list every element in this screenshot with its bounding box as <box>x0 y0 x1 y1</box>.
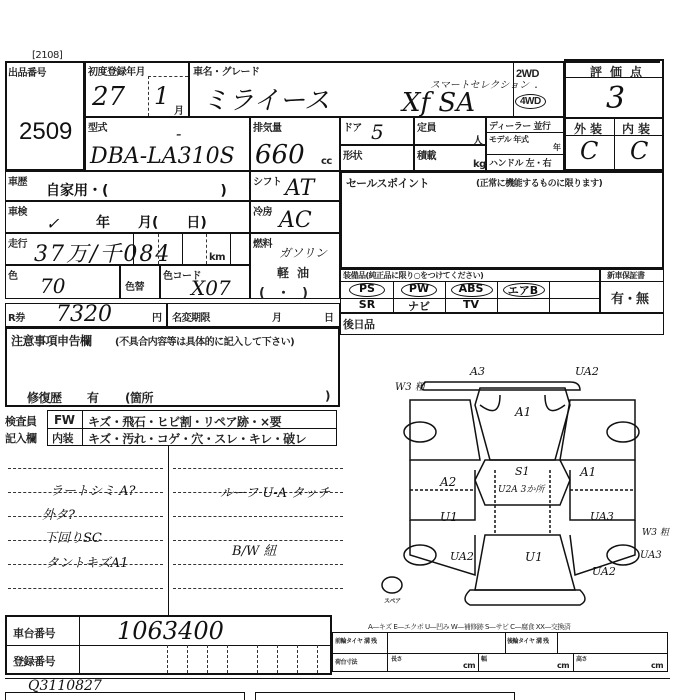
length-unit: cm <box>463 661 475 670</box>
mark-w3-right: W3 粗 <box>642 525 669 538</box>
mark-ua2-top: UA2 <box>575 365 599 378</box>
load-unit: kg <box>473 159 486 170</box>
first-reg-cell: 初度登録年月 27 1 月 <box>85 61 189 117</box>
displacement-value: 660 <box>255 140 305 170</box>
car-name: ミライース <box>202 80 330 117</box>
km-unit: km <box>209 252 225 263</box>
capacity-cell: 定員 人 <box>414 117 486 145</box>
fw-label: FW <box>54 413 74 427</box>
handle-label: ハンドル 左・右 <box>489 156 551 169</box>
capacity-label: 定員 <box>417 119 436 134</box>
model-year-label: モデル 年式 <box>489 134 528 145</box>
repair-location: (箇所 <box>125 389 153 406</box>
name-change-label: 名変期限 <box>172 309 210 324</box>
cc-unit: cc <box>321 156 332 167</box>
usage-value: 自家用・( ) <box>46 180 227 200</box>
notes-cell: 注意事項申告欄 (不具合内容等は具体的に記入して下さい) 修復歴 有 (箇所 ) <box>5 327 340 407</box>
dealer-label: ディーラー 並行 <box>489 119 550 132</box>
model-cell: 型式 - DBA-LA310S <box>85 117 250 171</box>
lot-cell: 出品番号 2509 <box>5 61 85 171</box>
spare-label: スペア <box>384 596 401 605</box>
doors-value: 5 <box>371 120 384 144</box>
fuel-gasoline: ガソリン <box>279 244 327 261</box>
sheet-code: [2108] <box>32 50 62 61</box>
chassis-table: 車台番号 1063400 登録番号 <box>5 615 332 675</box>
reg-no-label: 登録番号 <box>13 653 55 669</box>
mark-ua2-right: UA2 <box>592 565 616 578</box>
remark-left-4: タントキズA1 <box>46 552 128 571</box>
warranty-value: 有・無 <box>611 288 649 307</box>
chassis-value: 1063400 <box>117 617 224 645</box>
remark-left-3: 下回りSC <box>44 527 102 546</box>
color-cell: 色 70 <box>5 265 120 299</box>
model-value: DBA-LA310S <box>90 144 235 169</box>
damage-legend: A—キズ E—エクボ U—凹み W—補修跡 S—サビ C—腐食 XX—交換済 <box>368 622 570 632</box>
doors-label: ドア <box>343 119 362 134</box>
inspection-date: 年 月( 日) <box>96 212 207 232</box>
model-dash: - <box>176 124 181 143</box>
mark-u1-rear: U1 <box>525 550 543 564</box>
height-unit: cm <box>651 661 663 670</box>
equipment-label: 装備品(純正品に限り○をつけてください) <box>343 270 483 281</box>
mark-a3: A3 <box>470 365 485 378</box>
repair-label: 修復歴 <box>27 389 62 406</box>
first-reg-label: 初度登録年月 <box>88 63 145 78</box>
width-unit: cm <box>557 661 569 670</box>
car-name-label: 車名・グレード <box>193 63 260 78</box>
inspection-check: ✓ <box>46 214 59 233</box>
fuel-cell: 燃料 ガソリン 軽油 ( ・ ) <box>250 233 340 299</box>
inspector-label: 検査員 <box>5 413 37 429</box>
mark-w3-left: W3 粗 <box>395 378 425 393</box>
remark-left-2: 外タ? <box>42 504 75 523</box>
interior-insp-label: 内装 <box>52 430 73 446</box>
doors-cell: ドア 5 <box>340 117 414 145</box>
name-change-month: 月 <box>272 309 282 324</box>
shift-label: シフト <box>253 173 282 188</box>
mileage-value: 37万/千084 <box>34 237 171 268</box>
warranty-label: 新車保証書 <box>607 270 645 281</box>
fuel-diesel: 軽油 <box>277 264 317 281</box>
repair-close: ) <box>325 389 330 403</box>
fw-items: キズ・飛石・ヒビ割・リペア跡・×要 <box>88 413 281 430</box>
first-reg-year: 27 <box>92 82 125 112</box>
recycle-cell: R券 7320 円 <box>5 303 167 327</box>
color-code-cell: 色コード X07 <box>160 265 250 299</box>
fuel-paren: ( ・ ) <box>259 282 307 301</box>
after-items-cell: 後日品 <box>340 313 664 335</box>
mark-ua3-side: UA3 <box>640 550 662 561</box>
color-change-label: 色替 <box>125 278 144 293</box>
score-value: 3 <box>606 81 625 116</box>
height-label: 高さ <box>576 654 587 663</box>
car-name-cell: 車名・グレード ミライース スマートセレクション Xf SA 2WD ・ 4WD <box>189 61 564 117</box>
inspector-table: FW キズ・飛石・ヒビ割・リペア跡・×要 内装 キズ・汚れ・コゲ・穴・スレ・キレ… <box>47 410 337 446</box>
mark-u1-left: U1 <box>440 510 458 524</box>
recycle-value: 7320 <box>56 302 112 327</box>
remark-right-3: B/W 紐 <box>232 540 276 559</box>
name-change-day: 日 <box>324 309 334 324</box>
inspector-entry-label: 記入欄 <box>5 430 37 446</box>
equip-navi: ナビ <box>393 298 445 312</box>
grade: Xf SA <box>402 88 475 118</box>
inspection-cell: 車検 ✓ 年 月( 日) <box>5 201 250 233</box>
ac-value: AC <box>279 208 312 233</box>
equip-sr: SR <box>341 298 393 312</box>
color-label: 色 <box>8 267 18 282</box>
displacement-cell: 排気量 660 cc <box>250 117 340 171</box>
sales-point-cell: セールスポイント (正常に機能するものに限ります) <box>340 171 664 269</box>
equip-blank2 <box>497 298 549 312</box>
usage-label: 車歴 <box>8 173 27 188</box>
model-label: 型式 <box>88 119 107 134</box>
load-label: 積載 <box>417 147 436 162</box>
equipment-cell: 装備品(純正品に限り○をつけてください) PS PW ABS エアB SR ナビ… <box>340 269 600 313</box>
sales-point-note: (正常に機能するものに限ります) <box>476 176 602 189</box>
equipment-row2: SR ナビ TV <box>341 298 599 312</box>
rear-tire-label: 後輪タイヤ 溝 残 <box>507 636 549 645</box>
warranty-cell: 新車保証書 有・無 <box>600 269 664 313</box>
tire-table: 前輪タイヤ 溝 残 後輪タイヤ 溝 残 荷台寸法 長さ cm 幅 cm 高さ c… <box>332 632 668 672</box>
interior-items: キズ・汚れ・コゲ・穴・スレ・キレ・破レ <box>88 430 306 447</box>
mark-ua3-right: UA3 <box>590 510 614 523</box>
drive-4wd: 4WD <box>515 94 546 109</box>
name-change-cell: 名変期限 月 日 <box>167 303 340 327</box>
equip-blank <box>549 282 599 298</box>
ac-label: 冷房 <box>253 203 272 218</box>
lot-label: 出品番号 <box>8 64 46 79</box>
equip-tv: TV <box>445 298 497 312</box>
mark-a2: A2 <box>440 475 456 489</box>
yen-unit: 円 <box>152 309 162 324</box>
mark-a1-hood: A1 <box>515 405 531 419</box>
drive-2wd: 2WD <box>516 68 539 80</box>
displacement-label: 排気量 <box>253 119 282 134</box>
inspection-label: 車検 <box>8 203 27 218</box>
interior-value: C <box>630 137 648 165</box>
length-label: 長さ <box>391 654 402 663</box>
remark-right-1: ルーフ U-A タッチ <box>220 482 330 501</box>
mileage-cell: 走行 37万/千084 km <box>5 233 250 265</box>
recycle-label: R券 <box>8 309 25 324</box>
mark-a1-right: A1 <box>580 465 596 479</box>
ac-cell: 冷房 AC <box>250 201 340 233</box>
ext-int-cell: 外装 内装 C C <box>564 117 664 171</box>
color-value: 70 <box>40 274 65 298</box>
notes-label: 注意事項申告欄 <box>11 332 92 349</box>
sales-point-label: セールスポイント <box>346 175 429 191</box>
model-year-unit: 年 <box>553 142 561 153</box>
after-items-label: 後日品 <box>343 316 375 332</box>
month-unit: 月 <box>174 102 184 117</box>
repair-value: 有 <box>87 389 99 406</box>
first-reg-month: 1 <box>154 82 169 110</box>
color-code-value: X07 <box>191 276 231 300</box>
dealer-cell: ディーラー 並行 モデル 年式 年 ハンドル 左・右 <box>486 117 564 171</box>
load-cell: 積載 kg <box>414 145 486 171</box>
dims-label: 荷台寸法 <box>335 657 357 666</box>
score-cell: 評価点 3 <box>564 59 664 119</box>
shift-cell: シフト AT <box>250 171 340 201</box>
mileage-label: 走行 <box>8 235 27 250</box>
mark-ua2-left: UA2 <box>450 550 474 563</box>
color-change-cell: 色替 <box>120 265 160 299</box>
fuel-label: 燃料 <box>253 235 272 250</box>
mark-u2a: U2A 3か所 <box>498 482 544 495</box>
remark-left-1: ラートシミ A? <box>50 480 136 499</box>
damage-diagram: A3 UA2 W3 粗 A1 A2 S1 U2A 3か所 A1 U1 UA3 W… <box>380 360 670 610</box>
mark-s1: S1 <box>515 465 530 478</box>
shape-cell: 形状 <box>340 145 414 171</box>
front-tire-label: 前輪タイヤ 溝 残 <box>335 636 377 645</box>
notes-note: (不具合内容等は具体的に記入して下さい) <box>115 333 294 348</box>
lot-number: 2509 <box>19 118 72 146</box>
shift-value: AT <box>285 176 314 201</box>
chassis-label: 車台番号 <box>13 625 55 641</box>
usage-cell: 車歴 自家用・( ) <box>5 171 250 201</box>
shape-label: 形状 <box>343 147 362 162</box>
exterior-value: C <box>580 137 598 165</box>
width-label: 幅 <box>481 654 487 663</box>
